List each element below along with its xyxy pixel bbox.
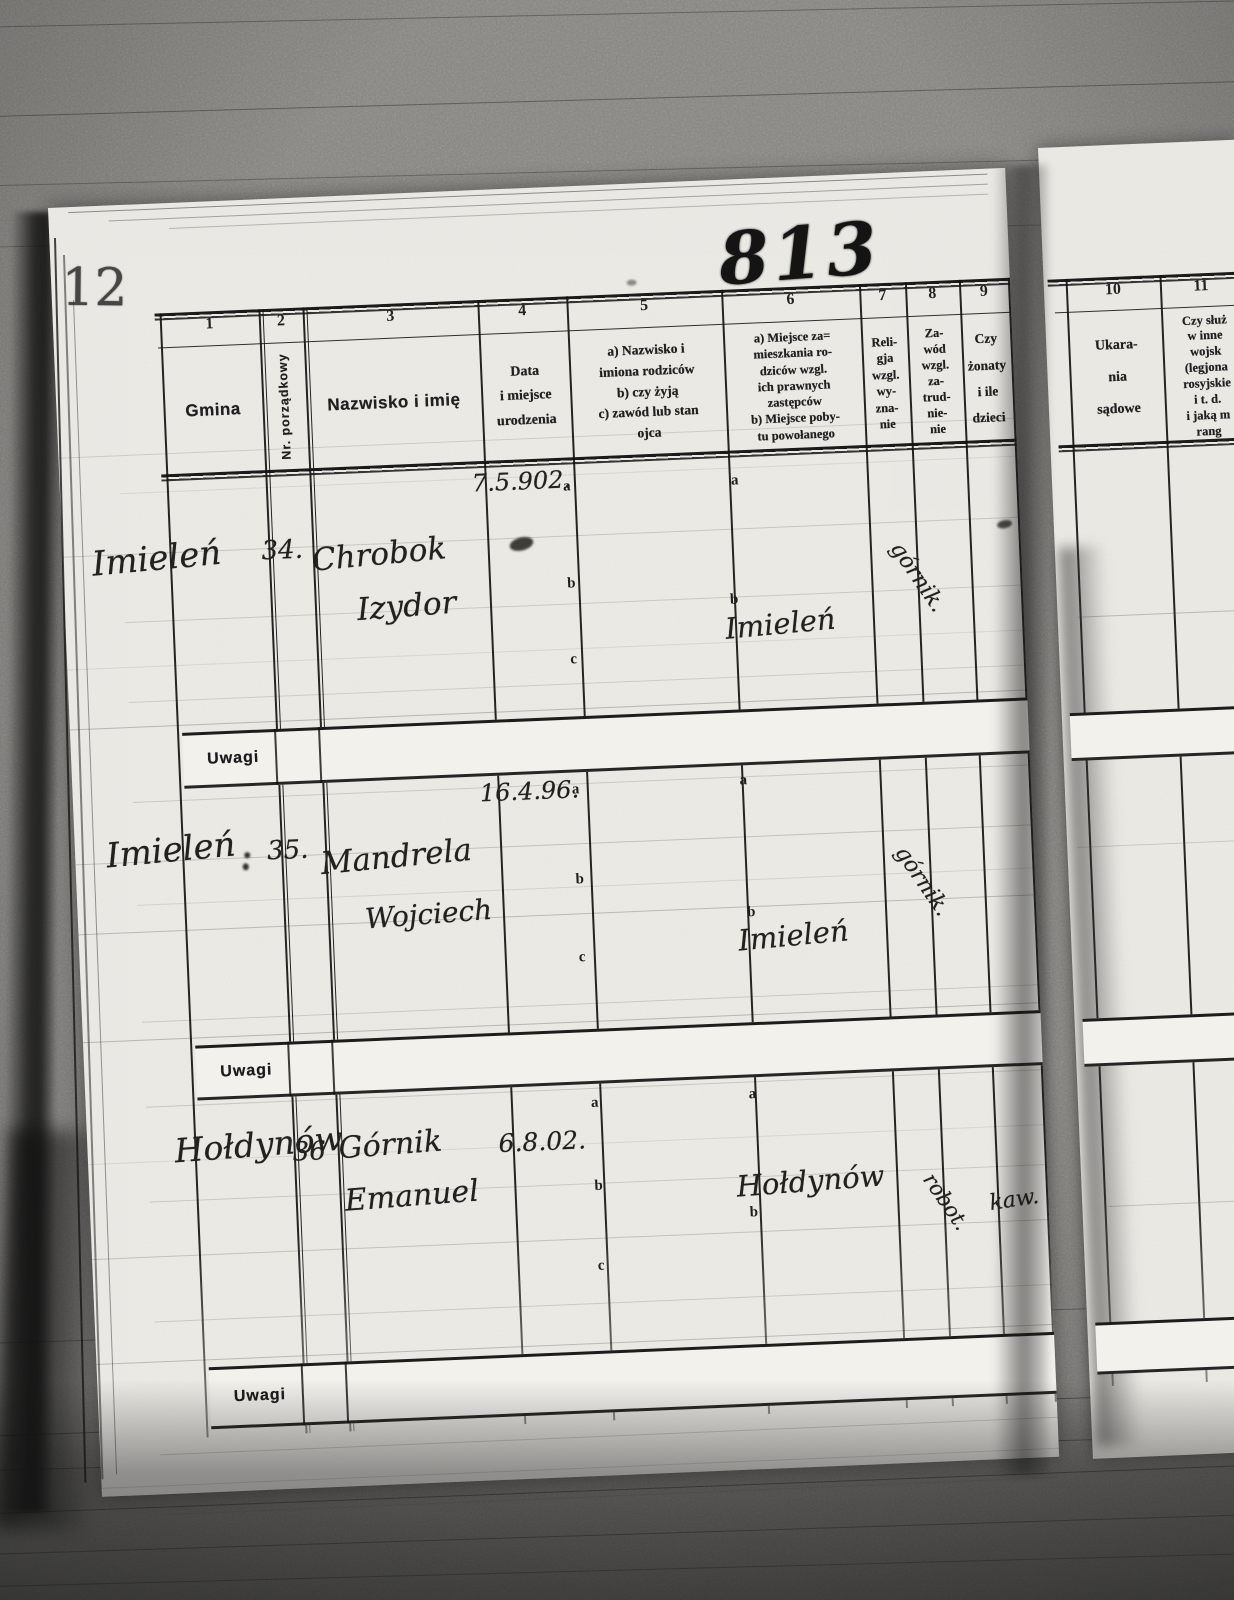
header-line: wy-	[876, 383, 896, 400]
header-line: w inne	[1187, 328, 1223, 345]
header-col1-gmina: Gmina	[161, 345, 265, 474]
scanned-registry-photo: 10 11 Ukara- nia sądowe Czy służ w inne …	[0, 0, 1234, 1600]
marker-c: c	[570, 651, 577, 668]
grid-vertical-line	[721, 290, 770, 1414]
grid-line-crossing	[331, 1040, 335, 1095]
header-line: Reli-	[871, 333, 897, 351]
streak-line	[163, 1477, 1060, 1516]
scratch-line	[0, 0, 1234, 29]
header-line: i jaką m	[1186, 407, 1230, 425]
header-line: żonaty	[967, 352, 1006, 380]
header-line: wzgl.	[921, 356, 949, 373]
page-right: 10 11 Ukara- nia sądowe Czy służ w inne …	[1038, 140, 1234, 1459]
column-number: 1	[160, 313, 260, 335]
entry-birth-date: 16.4.96.	[479, 775, 579, 807]
entry-nr: 36	[292, 1136, 326, 1167]
entry-given-name: Wojciech	[364, 893, 494, 936]
column-number: 10	[1066, 279, 1161, 301]
gutter-smudge	[1059, 546, 1143, 1447]
header-line: c) zawód lub stan	[598, 400, 699, 425]
header-line: rosyjskie	[1183, 375, 1231, 393]
column-number: 8	[905, 284, 960, 304]
entry-nr: 35.	[267, 835, 310, 867]
streak-line	[92, 1219, 1049, 1260]
entry-surname: Mandrela	[319, 832, 473, 882]
uwagi-band: Uwagi	[182, 697, 1030, 788]
column-number: 11	[1160, 276, 1234, 297]
uwagi-label: Uwagi	[234, 1386, 287, 1406]
grid-line-crossing	[274, 729, 278, 785]
marker-a: a	[748, 1086, 756, 1103]
header-col11: Czy służ w inne wojsk (legjona rosyjskie…	[1161, 309, 1234, 442]
header-line: za-	[928, 373, 945, 390]
header-label: Gmina	[185, 399, 241, 421]
scratch-line	[0, 79, 1234, 119]
streak-line	[1077, 839, 1234, 848]
entry-given-name: Izydor	[356, 585, 458, 629]
header-line: tu powołanego	[757, 425, 835, 444]
header-line: i miejsce	[499, 383, 552, 410]
header-label: Nazwisko i imię	[327, 389, 461, 415]
grid-line-crossing	[345, 1362, 350, 1424]
header-line: Ukara-	[1094, 329, 1138, 363]
grid-vertical-line	[262, 309, 310, 1433]
header-line: i t. d.	[1194, 391, 1222, 408]
header-line: nie-	[927, 405, 948, 422]
grid-vertical-line	[566, 296, 615, 1420]
marker-b: b	[567, 575, 576, 592]
header-line: urodzenia	[497, 408, 558, 435]
scratch-line	[0, 1512, 1234, 1557]
page-left: 1 2 3 4 5 6 7 8 9 Gmina Nr. porządkowy N…	[48, 168, 1059, 1497]
entry-given-name: Emanuel	[344, 1174, 481, 1219]
entry-nr: 34.	[261, 535, 304, 567]
uwagi-band: Uwagi	[209, 1332, 1057, 1429]
uwagi-label: Uwagi	[207, 749, 260, 769]
marker-b: b	[594, 1178, 603, 1195]
uwagi-band	[1095, 1315, 1234, 1375]
header-col8-zawod: Za- wód wzgl. za- trud- nie- nie	[906, 319, 965, 443]
header-line: nia	[1108, 361, 1128, 394]
header-col2-nr: Nr. porządkowy	[260, 343, 309, 470]
header-line: b) czy żyją	[617, 380, 679, 403]
entry-gmina: Imieleń	[90, 533, 223, 585]
header-line: imiona rodziców	[599, 359, 695, 384]
grid-line-crossing	[287, 1042, 291, 1097]
spine-shadow	[3, 212, 60, 1512]
entry-occupation: górnik.	[890, 841, 955, 921]
pencil-page-number: 12	[61, 258, 128, 319]
header-line: trud-	[922, 388, 950, 405]
header-line: wód	[923, 341, 946, 358]
marker-a: a	[731, 472, 739, 489]
uwagi-band	[1070, 705, 1234, 761]
marker-b: b	[730, 591, 739, 608]
streak-line	[155, 1284, 1052, 1323]
header-col7-religja: Reli- gja wzgl. wy- zna- nie	[861, 322, 912, 444]
header-col9-zonaty: Czy żonaty i ile dzieci	[960, 318, 1014, 440]
header-line: ojca	[637, 423, 662, 445]
marker-b: b	[747, 904, 756, 921]
column-number: 9	[959, 282, 1009, 302]
header-line: nie	[930, 421, 947, 438]
header-line: nie	[879, 416, 896, 433]
marker-c: c	[579, 949, 586, 966]
header-col5-rodzice: a) Nazwisko i imiona rodziców b) czy żyj…	[568, 328, 728, 456]
column-number: 2	[259, 311, 304, 331]
streak-line	[1078, 609, 1234, 618]
header-line: wzgl.	[872, 366, 900, 384]
header-col4-data: Data i miejsce urodzenia	[479, 332, 573, 461]
header-line: i ile	[977, 378, 999, 405]
entry-residence: Imieleń	[724, 602, 837, 646]
marker-a: a	[591, 1095, 599, 1112]
header-line: zna-	[875, 399, 899, 416]
entry-marital-status: kaw.	[988, 1184, 1041, 1216]
uwagi-label: Uwagi	[220, 1061, 273, 1081]
entry-surname: Górnik	[337, 1124, 443, 1167]
header-line: Za-	[924, 325, 943, 342]
marker-c: c	[597, 1258, 604, 1275]
marker-b: b	[575, 871, 584, 888]
entry-birth-date: 6.8.02.	[498, 1125, 587, 1158]
column-number: 4	[477, 300, 567, 322]
header-line: Czy służ	[1182, 312, 1227, 330]
grid-vertical-line	[258, 309, 307, 1433]
grid-line-crossing	[318, 727, 322, 783]
ink-speck	[627, 279, 637, 285]
header-label-vertical: Nr. porządkowy	[275, 353, 293, 460]
scratch-line	[0, 1551, 1234, 1589]
header-col10: Ukara- nia sądowe	[1069, 315, 1166, 441]
marker-b: b	[749, 1204, 758, 1221]
header-line: rang	[1196, 423, 1222, 440]
header-line: dzieci	[972, 404, 1006, 432]
uwagi-band	[1083, 1011, 1234, 1067]
grid-vertical-line	[859, 284, 908, 1408]
header-col3-nazwisko: Nazwisko i imię	[304, 336, 484, 468]
grid-vertical-line	[1008, 278, 1057, 1402]
archive-page-number: 813	[716, 204, 884, 301]
header-col6-miejsce: a) Miejsce za= mieszkania ro- dziców wzg…	[723, 321, 866, 451]
entry-gmina: Imieleń	[104, 824, 237, 876]
marker-a: a	[739, 772, 747, 789]
streak-line	[1108, 1199, 1234, 1207]
header-line: (legjona	[1185, 359, 1229, 377]
ink-blot	[996, 519, 1012, 530]
grid-vertical-line	[959, 280, 1008, 1404]
entry-surname: Chrobok	[310, 530, 447, 578]
grid-vertical-line	[160, 313, 209, 1437]
header-line: wojsk	[1190, 344, 1222, 361]
streak-line	[129, 664, 1026, 703]
ink-speck	[243, 863, 249, 870]
streak-line	[67, 629, 1024, 670]
grid-line-crossing	[301, 1363, 306, 1425]
header-line: Data	[510, 359, 540, 385]
header-line: sądowe	[1097, 393, 1142, 427]
header-line: Czy	[974, 326, 998, 353]
header-line: gja	[876, 350, 893, 367]
entry-birth-date: 7.5.902.	[471, 465, 571, 497]
